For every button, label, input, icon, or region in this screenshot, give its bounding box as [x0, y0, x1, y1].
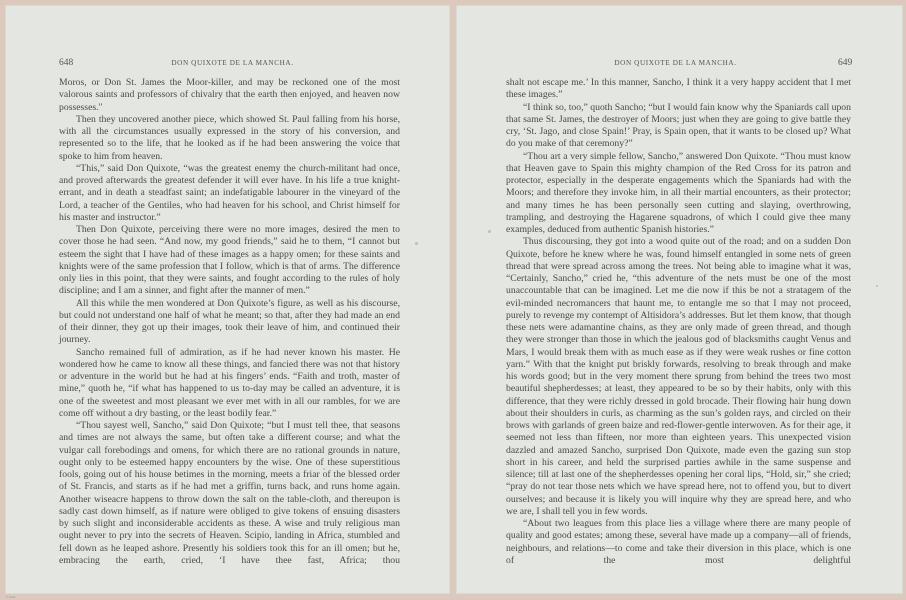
paper-speck: [488, 230, 491, 233]
page-number-right: 649: [838, 58, 852, 68]
paper-speck: [876, 285, 878, 287]
body-text-left: Moros, or Don St. James the Moor-killer,…: [59, 77, 400, 567]
paragraph: “This,” said Don Quixote, “was the great…: [59, 163, 400, 224]
left-page: 648 DON QUIXOTE DE LA MANCHA. Moros, or …: [5, 5, 450, 594]
paragraph: All this while the men wondered at Don Q…: [59, 298, 400, 347]
paragraph: “Thou art a very simple fellow, Sancho,”…: [506, 151, 851, 237]
body-text-right: shalt not escape me.’ In this manner, Sa…: [506, 77, 851, 567]
paragraph: Moros, or Don St. James the Moor-killer,…: [59, 77, 400, 114]
running-head-right: DON QUIXOTE DE LA MANCHA.: [456, 59, 903, 67]
paragraph: Then Don Quixote, perceiving there were …: [59, 224, 400, 298]
running-head-left: DON QUIXOTE DE LA MANCHA.: [5, 59, 450, 67]
right-page: DON QUIXOTE DE LA MANCHA. 649 shalt not …: [456, 5, 903, 594]
paragraph: Thus discoursing, they got into a wood q…: [506, 236, 851, 518]
paragraph: “I think so, too,” quoth Sancho; “but I …: [506, 102, 851, 151]
paragraph: “About two leagues from this place lies …: [506, 518, 851, 567]
paper-speck: [415, 242, 418, 245]
paragraph: Sancho remained full of admiration, as i…: [59, 347, 400, 421]
paragraph: Then they uncovered another piece, which…: [59, 114, 400, 163]
paragraph: “Thou sayest well, Sancho,” said Don Qui…: [59, 420, 400, 567]
paragraph: shalt not escape me.’ In this manner, Sa…: [506, 77, 851, 102]
scan-label: © Scan: [6, 595, 16, 599]
paper-speck: [323, 468, 325, 470]
